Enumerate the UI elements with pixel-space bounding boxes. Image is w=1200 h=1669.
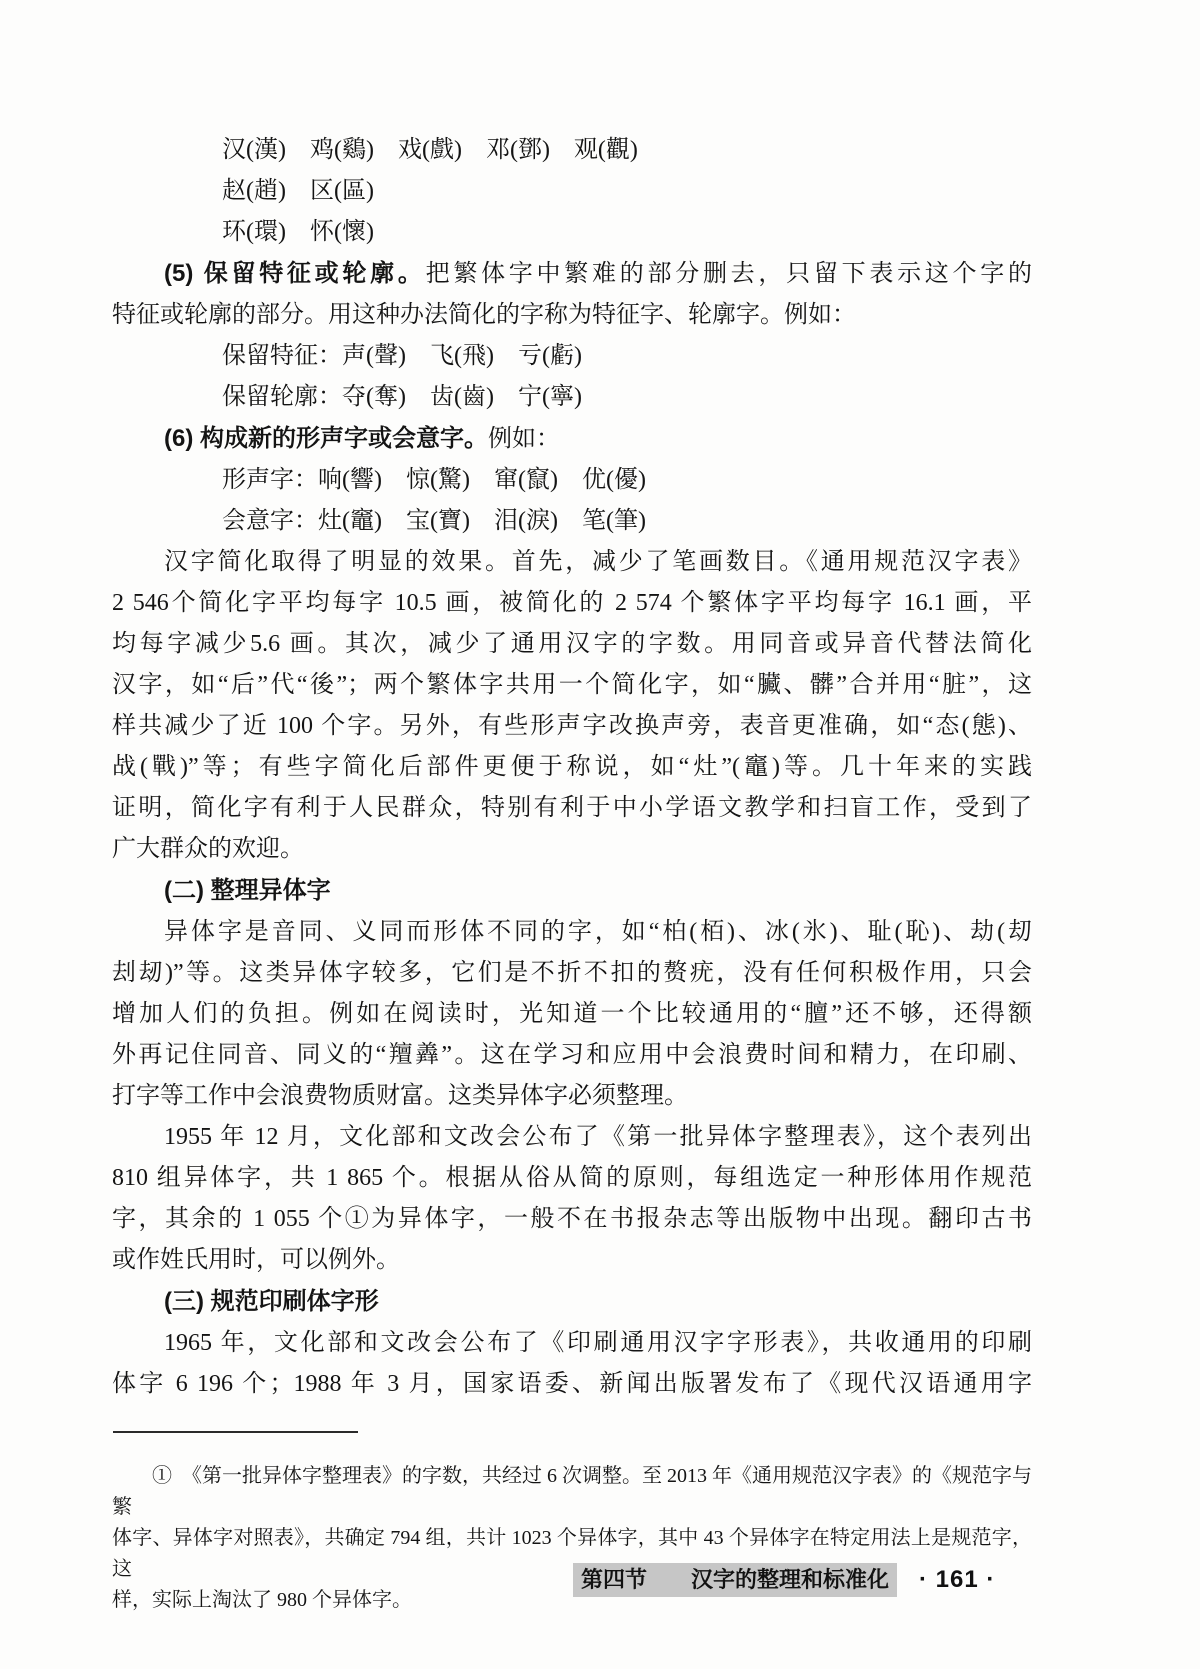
text-segment: 汉字简化取得了明显的效果。首先，减少了笔画数目。《通用规范汉字表》 xyxy=(164,549,1032,575)
text-line: 均每字减少5.6 画。其次，减少了通用汉字的字数。用同音或异音代替法简化 xyxy=(112,624,1032,665)
text-segment: 保留特征：声(聲) 飞(飛) 亏(虧) xyxy=(222,343,582,369)
page-number: · 161 · xyxy=(919,1566,995,1594)
text-segment: 证明，简化字有利于人民群众，特别有利于中小学语文教学和扫盲工作，受到了 xyxy=(112,795,1032,821)
text-segment: 2 546个简化字平均每字 10.5 画，被简化的 2 574 个繁体字平均每字… xyxy=(112,590,1032,616)
text-line: ① 《第一批异体字整理表》的字数，共经过 6 次调整。至 2013 年《通用规范… xyxy=(112,1461,1032,1523)
text-line: (5) 保留特征或轮廓。把繁体字中繁难的部分删去，只留下表示这个字的 xyxy=(112,253,1032,295)
text-line: 增加人们的负担。例如在阅读时，光知道一个比较通用的“膻”还不够，还得额 xyxy=(112,994,1032,1035)
text-segment: 810 组异体字，共 1 865 个。根据从俗从简的原则，每组选定一种形体用作规… xyxy=(112,1165,1032,1191)
text-line: 或作姓氏用时，可以例外。 xyxy=(112,1240,1032,1281)
running-header-section: 第四节 汉字的整理和标准化 xyxy=(573,1563,897,1597)
text-segment: 汉字，如“后”代“後”；两个繁体字共用一个简化字，如“臟、髒”合并用“脏”，这 xyxy=(112,672,1032,698)
text-segment: 1955 年 12 月，文化部和文改会公布了《第一批异体字整理表》，这个表列出 xyxy=(164,1124,1032,1150)
text-segment: 外再记住同音、同义的“羶羴”。这在学习和应用中会浪费时间和精力，在印刷、 xyxy=(112,1042,1032,1068)
text-line: 字，其余的 1 055 个①为异体字，一般不在书报杂志等出版物中出现。翻印古书 xyxy=(112,1199,1032,1240)
bold-text-segment: (三) 规范印刷体字形 xyxy=(164,1288,379,1315)
text-segment: 打字等工作中会浪费物质财富。这类异体字必须整理。 xyxy=(112,1083,688,1109)
text-segment: 环(環) 怀(懷) xyxy=(222,219,374,245)
text-line: 810 组异体字，共 1 865 个。根据从俗从简的原则，每组选定一种形体用作规… xyxy=(112,1158,1032,1199)
text-segment: 赵(趙) 区(區) xyxy=(222,178,374,204)
text-segment: 广大群众的欢迎。 xyxy=(112,836,304,862)
text-segment: 保留轮廓：夺(奪) 齿(齒) 宁(寧) xyxy=(222,384,582,410)
text-line: 2 546个简化字平均每字 10.5 画，被简化的 2 574 个繁体字平均每字… xyxy=(112,583,1032,624)
text-line: 汉字，如“后”代“後”；两个繁体字共用一个简化字，如“臟、髒”合并用“脏”，这 xyxy=(112,665,1032,706)
text-line: 1955 年 12 月，文化部和文改会公布了《第一批异体字整理表》，这个表列出 xyxy=(112,1117,1032,1158)
page-body: 汉(漢) 鸡(鷄) 戏(戲) 邓(鄧) 观(觀)赵(趙) 区(區)环(環) 怀(… xyxy=(112,130,1032,1405)
text-line: 1965 年，文化部和文改会公布了《印刷通用汉字字形表》，共收通用的印刷 xyxy=(112,1323,1032,1364)
text-line: 刦刼)”等。这类异体字较多，它们是不折不扣的赘疣，没有任何积极作用，只会 xyxy=(112,953,1032,994)
text-line: 外再记住同音、同义的“羶羴”。这在学习和应用中会浪费时间和精力，在印刷、 xyxy=(112,1035,1032,1076)
bold-text-segment: (二) 整理异体字 xyxy=(164,877,331,904)
bold-text-segment: (6) 构成新的形声字或会意字。 xyxy=(164,425,488,452)
text-segment: 或作姓氏用时，可以例外。 xyxy=(112,1247,400,1273)
text-segment: 异体字是音同、义同而形体不同的字，如“柏(栢)、冰(氷)、耻(恥)、劫(刧 xyxy=(164,919,1032,945)
text-line: 战(戰)”等；有些字简化后部件更便于称说，如“灶”(竈)等。几十年来的实践 xyxy=(112,747,1032,788)
text-segment: 战(戰)”等；有些字简化后部件更便于称说，如“灶”(竈)等。几十年来的实践 xyxy=(112,754,1032,780)
text-line: 样共减少了近 100 个字。另外，有些形声字改换声旁，表音更准确，如“态(態)、 xyxy=(112,706,1032,747)
example-line: 会意字：灶(竈) 宝(寶) 泪(淚) 笔(筆) xyxy=(112,501,1032,542)
footnote-separator xyxy=(113,1431,358,1433)
example-line: 保留轮廓：夺(奪) 齿(齒) 宁(寧) xyxy=(112,377,1032,418)
text-segment: 均每字减少5.6 画。其次，减少了通用汉字的字数。用同音或异音代替法简化 xyxy=(112,631,1032,657)
text-segment: 汉(漢) 鸡(鷄) 戏(戲) 邓(鄧) 观(觀) xyxy=(222,137,638,163)
text-line: 异体字是音同、义同而形体不同的字，如“柏(栢)、冰(氷)、耻(恥)、劫(刧 xyxy=(112,912,1032,953)
text-line: 打字等工作中会浪费物质财富。这类异体字必须整理。 xyxy=(112,1076,1032,1117)
text-segment: 字，其余的 1 055 个①为异体字，一般不在书报杂志等出版物中出现。翻印古书 xyxy=(112,1206,1032,1232)
text-line: 广大群众的欢迎。 xyxy=(112,829,1032,870)
section-heading: (二) 整理异体字 xyxy=(112,870,1032,912)
example-line: 保留特征：声(聲) 飞(飛) 亏(虧) xyxy=(112,336,1032,377)
text-segment: 样，实际上淘汰了 980 个异体字。 xyxy=(112,1589,412,1611)
text-segment: 形声字：响(響) 惊(驚) 窜(竄) 优(優) xyxy=(222,467,646,493)
example-line: 形声字：响(響) 惊(驚) 窜(竄) 优(優) xyxy=(112,460,1032,501)
text-segment: 体字 6 196 个；1988 年 3 月，国家语委、新闻出版署发布了《现代汉语… xyxy=(112,1371,1032,1397)
text-line: 证明，简化字有利于人民群众，特别有利于中小学语文教学和扫盲工作，受到了 xyxy=(112,788,1032,829)
text-line: 特征或轮廓的部分。用这种办法简化的字称为特征字、轮廓字。例如： xyxy=(112,295,1032,336)
example-line: 环(環) 怀(懷) xyxy=(112,212,1032,253)
book-page: 汉(漢) 鸡(鷄) 戏(戲) 邓(鄧) 观(觀)赵(趙) 区(區)环(環) 怀(… xyxy=(0,0,1200,1669)
text-segment: 会意字：灶(竈) 宝(寶) 泪(淚) 笔(筆) xyxy=(222,508,646,534)
text-segment: 把繁体字中繁难的部分删去，只留下表示这个字的 xyxy=(426,261,1032,287)
text-segment: 例如： xyxy=(488,426,560,452)
text-segment: 样共减少了近 100 个字。另外，有些形声字改换声旁，表音更准确，如“态(態)、 xyxy=(112,713,1032,739)
text-segment: 刦刼)”等。这类异体字较多，它们是不折不扣的赘疣，没有任何积极作用，只会 xyxy=(112,960,1032,986)
text-segment: 增加人们的负担。例如在阅读时，光知道一个比较通用的“膻”还不够，还得额 xyxy=(112,1001,1032,1027)
page-footer: 第四节 汉字的整理和标准化 · 161 · xyxy=(573,1563,995,1597)
text-line: (6) 构成新的形声字或会意字。例如： xyxy=(112,418,1032,460)
text-segment: 1965 年，文化部和文改会公布了《印刷通用汉字字形表》，共收通用的印刷 xyxy=(164,1330,1032,1356)
example-line: 汉(漢) 鸡(鷄) 戏(戲) 邓(鄧) 观(觀) xyxy=(112,130,1032,171)
example-line: 赵(趙) 区(區) xyxy=(112,171,1032,212)
text-segment: ① 《第一批异体字整理表》的字数，共经过 6 次调整。至 2013 年《通用规范… xyxy=(112,1465,1032,1518)
section-heading: (三) 规范印刷体字形 xyxy=(112,1281,1032,1323)
text-line: 体字 6 196 个；1988 年 3 月，国家语委、新闻出版署发布了《现代汉语… xyxy=(112,1364,1032,1405)
text-segment: 特征或轮廓的部分。用这种办法简化的字称为特征字、轮廓字。例如： xyxy=(112,302,856,328)
text-line: 汉字简化取得了明显的效果。首先，减少了笔画数目。《通用规范汉字表》 xyxy=(112,542,1032,583)
bold-text-segment: (5) 保留特征或轮廓。 xyxy=(164,260,426,287)
